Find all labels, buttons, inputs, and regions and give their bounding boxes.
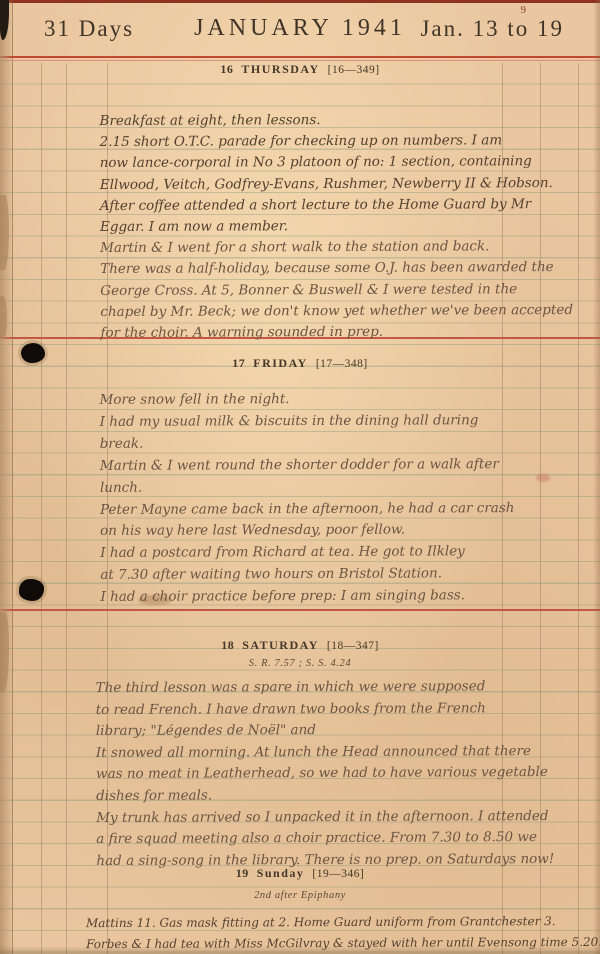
ink-stain xyxy=(138,595,172,605)
punch-hole xyxy=(19,579,44,601)
margin-rule xyxy=(41,63,42,954)
ink-stain xyxy=(536,474,550,482)
paper-chip xyxy=(0,296,7,338)
header-date-range: Jan. 13 to 19 xyxy=(420,16,564,42)
page-edge-shade xyxy=(0,946,600,954)
margin-rule xyxy=(540,63,541,954)
margin-rule xyxy=(107,63,108,954)
red-rule-header-thin xyxy=(0,60,600,61)
margin-rule xyxy=(502,63,503,954)
diary-page: 31 Days JANUARY 1941 Jan. 13 to 19 9 16T… xyxy=(0,0,600,954)
punch-hole xyxy=(21,343,45,363)
horizontal-ruling xyxy=(0,63,600,954)
red-rule-divider xyxy=(0,337,600,339)
margin-rule xyxy=(578,63,579,954)
page-number: 9 xyxy=(521,4,527,16)
page-edge-shade xyxy=(593,0,600,954)
margin-rule xyxy=(66,63,67,954)
red-rule-divider xyxy=(0,609,600,611)
torn-edge xyxy=(0,0,14,954)
red-rule-header xyxy=(0,56,600,58)
red-rule-top xyxy=(0,0,600,3)
